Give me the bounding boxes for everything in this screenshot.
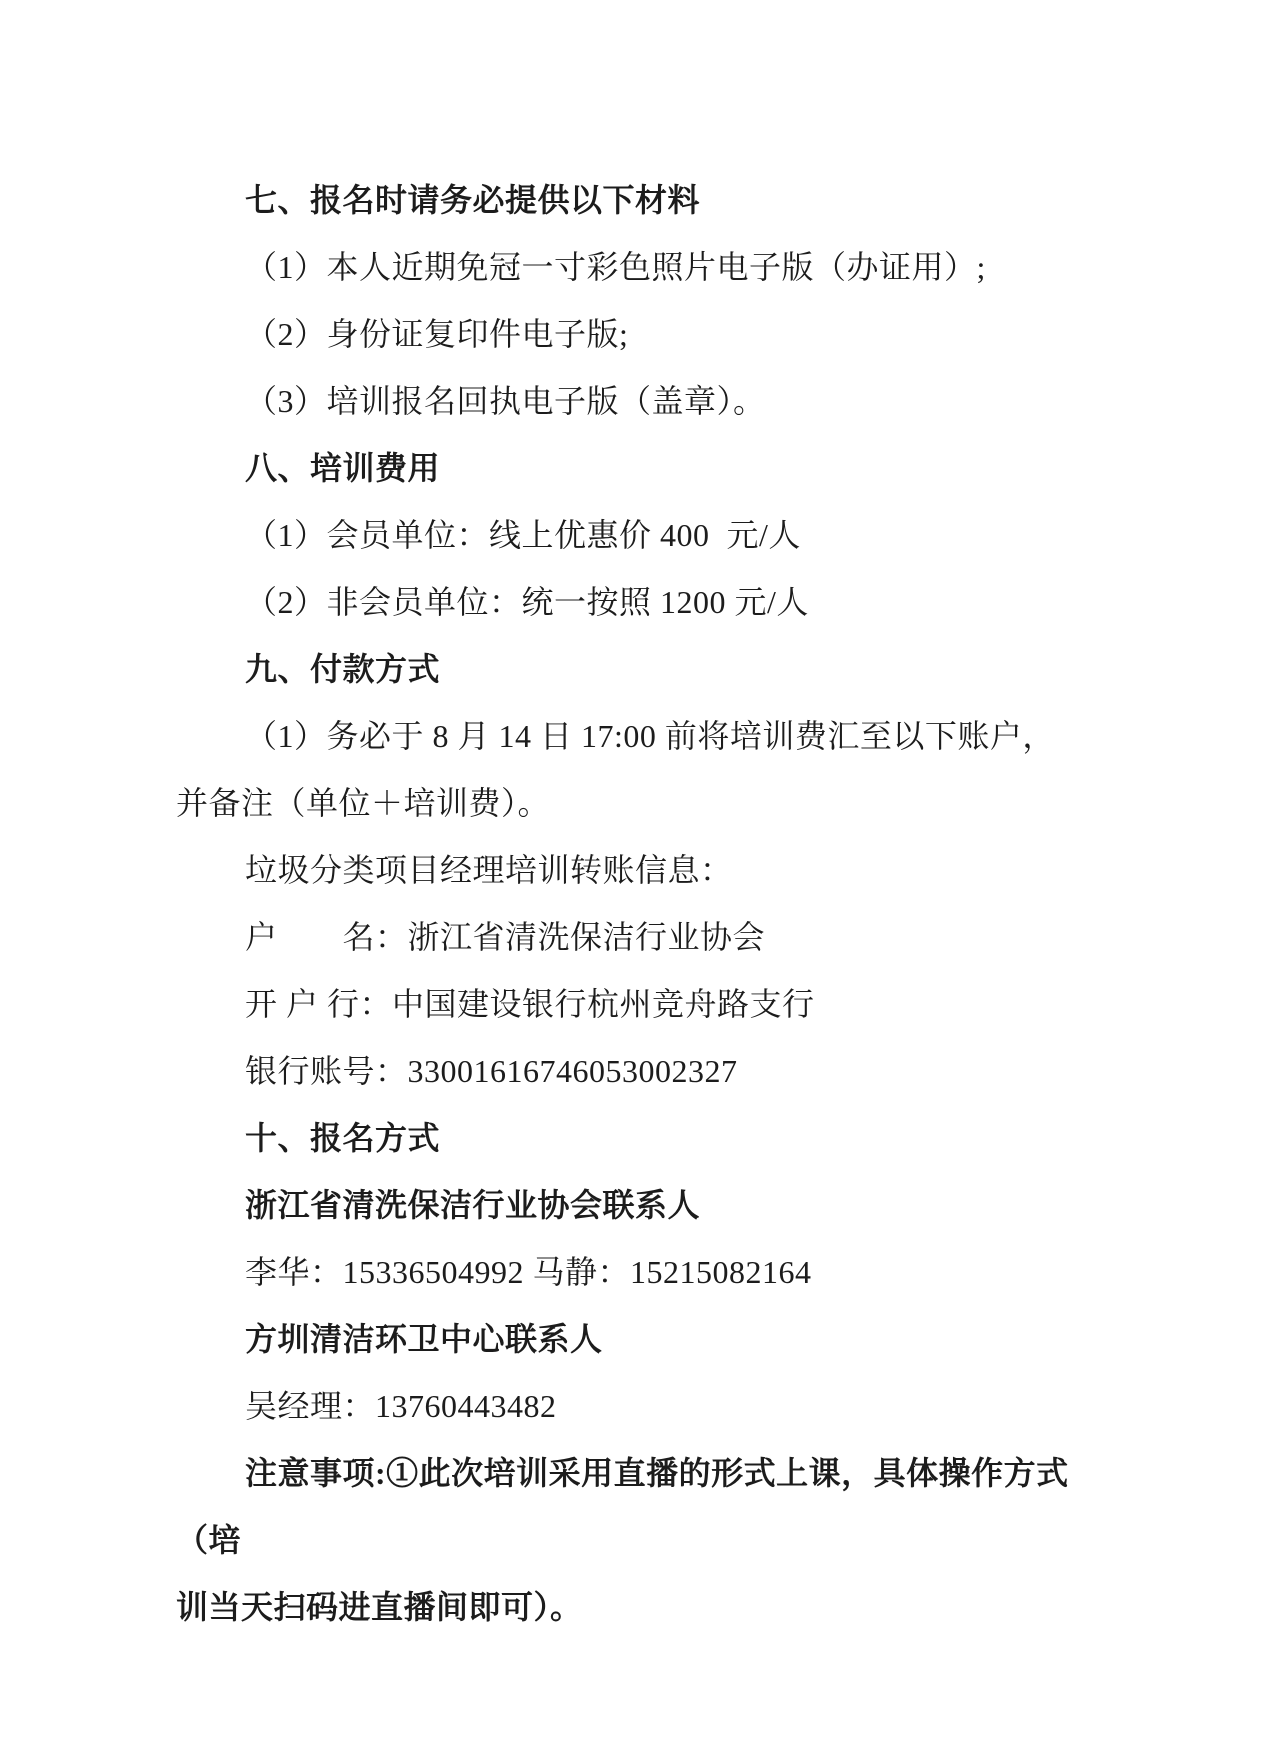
section-9-heading: 九、付款方式 (176, 636, 1120, 703)
document-page: 七、报名时请务必提供以下材料 （1）本人近期免冠一寸彩色照片电子版（办证用）; … (0, 0, 1280, 1764)
payment-instruction-line-1: （1）务必于 8 月 14 日 17:00 前将培训费汇至以下账户， (176, 703, 1120, 770)
association-contact-numbers: 李华：15336504992 马静：15215082164 (176, 1239, 1120, 1306)
notes-line-1: 注意事项:①此次培训采用直播的形式上课，具体操作方式（培 (176, 1440, 1120, 1574)
section-8-item-1: （1）会员单位：线上优惠价 400 元/人 (176, 502, 1120, 569)
center-contact-number: 吴经理：13760443482 (176, 1373, 1120, 1440)
section-7-heading: 七、报名时请务必提供以下材料 (176, 167, 1120, 234)
transfer-info-title: 垃圾分类项目经理培训转账信息： (176, 837, 1120, 904)
section-7-item-2: （2）身份证复印件电子版; (176, 301, 1120, 368)
section-8-heading: 八、培训费用 (176, 435, 1120, 502)
center-contact-heading: 方圳清洁环卫中心联系人 (176, 1306, 1120, 1373)
account-name-line: 户 名：浙江省清洗保洁行业协会 (176, 904, 1120, 971)
section-7-item-3: （3）培训报名回执电子版（盖章）。 (176, 368, 1120, 435)
payment-instruction-line-2: 并备注（单位＋培训费）。 (176, 770, 1120, 837)
section-10-heading: 十、报名方式 (176, 1105, 1120, 1172)
section-7-item-1: （1）本人近期免冠一寸彩色照片电子版（办证用）; (176, 234, 1120, 301)
notes-line-2: 训当天扫码进直播间即可）。 (176, 1574, 1120, 1641)
section-8-item-2: （2）非会员单位：统一按照 1200 元/人 (176, 569, 1120, 636)
association-contact-heading: 浙江省清洗保洁行业协会联系人 (176, 1172, 1120, 1239)
bank-account-line: 银行账号：33001616746053002327 (176, 1038, 1120, 1105)
bank-branch-line: 开 户 行：中国建设银行杭州竞舟路支行 (176, 971, 1120, 1038)
